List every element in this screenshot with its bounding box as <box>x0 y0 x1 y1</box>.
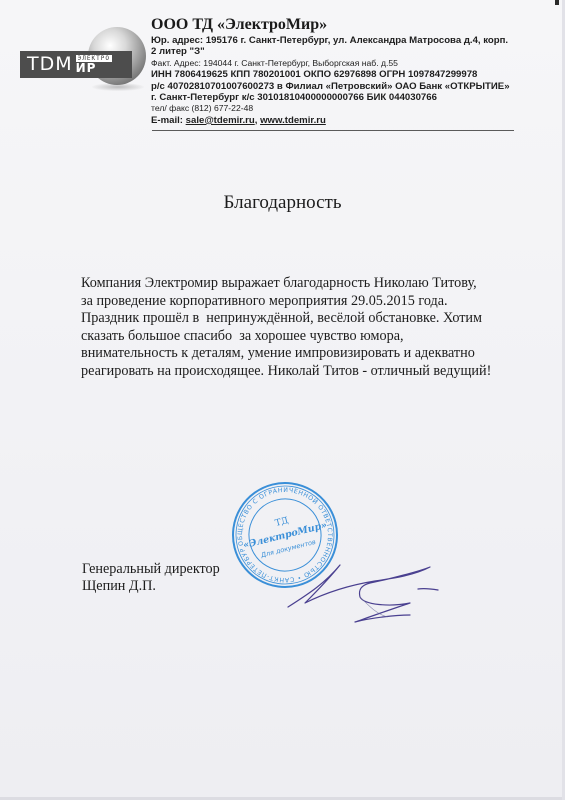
letterhead-details: ООО ТД «ЭлектроМир» Юр. адрес: 195176 г.… <box>151 16 551 126</box>
stamp-td-text: ТД <box>274 516 289 529</box>
body-line: реагировать на происходящее. Николай Тит… <box>81 363 551 381</box>
body-line: за проведение корпоративного мероприятия… <box>81 293 551 311</box>
email-label: E-mail: <box>151 115 186 126</box>
letter-body: Компания Электромир выражает благодарнос… <box>81 275 551 381</box>
bank-account: р/с 40702810701007600273 в Филиал «Петро… <box>151 81 551 92</box>
logo-brand: ЭЛЕКТРО ИР <box>76 55 112 74</box>
signatory-block: Генеральный директор Щепин Д.П. <box>82 561 220 595</box>
company-name: ООО ТД «ЭлектроМир» <box>151 16 551 34</box>
body-line: Компания Электромир выражает благодарнос… <box>81 275 551 293</box>
contacts-line: E-mail: sale@tdemir.ru, www.tdemir.ru <box>151 115 551 126</box>
signatory-name: Щепин Д.П. <box>82 578 220 595</box>
actual-address: Факт. Адрес: 194044 г. Санкт-Петербург, … <box>151 58 551 69</box>
email-link[interactable]: sale@tdemir.ru <box>186 115 255 126</box>
legal-address: Юр. адрес: 195176 г. Санкт-Петербург, ул… <box>151 35 551 46</box>
globe-shadow <box>92 83 144 91</box>
body-line: внимательность к деталям, умение импрови… <box>81 345 551 363</box>
logo-tdm-text: TDM <box>27 55 73 74</box>
header-divider <box>152 130 514 131</box>
company-logo: TDM ЭЛЕКТРО ИР <box>20 27 140 107</box>
registration-numbers: ИНН 7806419625 КПП 780201001 ОКПО 629768… <box>151 69 551 80</box>
phone-fax: тел/ факс (812) 677-22-48 <box>151 103 551 114</box>
handwritten-signature-icon <box>270 545 470 635</box>
scanned-letter-page: TDM ЭЛЕКТРО ИР ООО ТД «ЭлектроМир» Юр. а… <box>0 0 565 800</box>
signatory-position: Генеральный директор <box>82 561 220 578</box>
logo-bar: TDM ЭЛЕКТРО ИР <box>20 51 132 78</box>
website-link[interactable]: www.tdemir.ru <box>260 115 326 126</box>
body-line: Праздник прошёл в непринуждённой, весёло… <box>81 310 551 328</box>
document-title: Благодарность <box>0 192 565 214</box>
legal-address-cont: 2 литер "З" <box>151 46 551 57</box>
body-line: сказать большое спасибо за хорошее чувст… <box>81 328 551 346</box>
logo-mir-text: ИР <box>76 62 97 74</box>
bank-details: г. Санкт-Петербург к/с 30101810400000000… <box>151 92 551 103</box>
scan-corner-mark <box>555 0 559 5</box>
